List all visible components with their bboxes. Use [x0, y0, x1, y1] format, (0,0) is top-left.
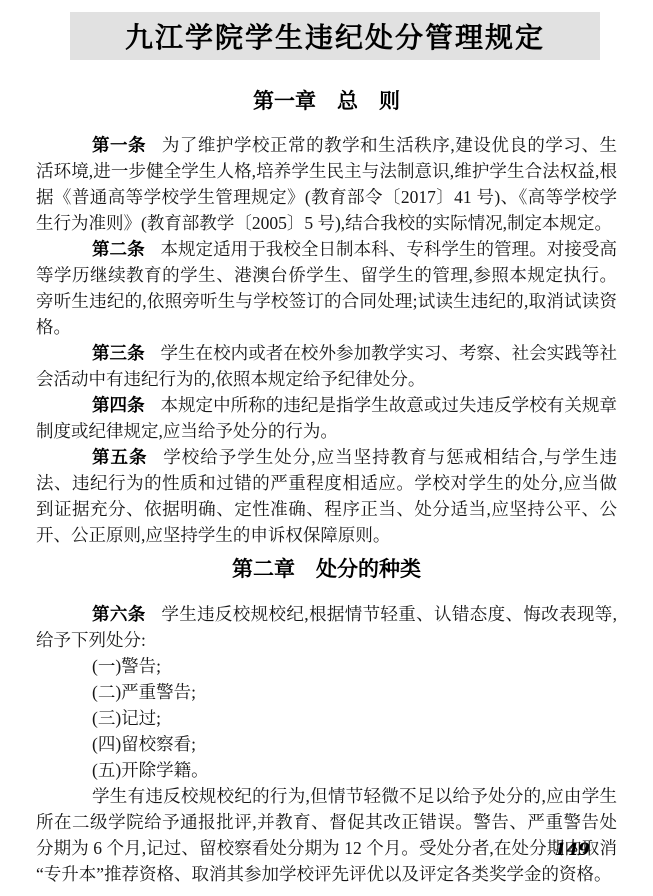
- penalty-item-probation: (四)留校察看;: [36, 731, 617, 757]
- article-1-paragraph: 第一条为了维护学校正常的教学和生活秩序,建设优良的学习、生活环境,进一步健全学生…: [36, 132, 617, 236]
- document-page: 九江学院学生违纪处分管理规定 第一章 总 则 第一条为了维护学校正常的教学和生活…: [0, 0, 653, 896]
- article-4-paragraph: 第四条本规定中所称的违纪是指学生故意或过失违反学校有关规章制度或纪律规定,应当给…: [36, 392, 617, 444]
- penalty-item-expulsion: (五)开除学籍。: [36, 757, 617, 783]
- document-title: 九江学院学生违纪处分管理规定: [125, 16, 545, 56]
- article-6-label: 第六条: [92, 604, 146, 624]
- article-5-label: 第五条: [92, 447, 148, 467]
- article-5-paragraph: 第五条学校给予学生处分,应当坚持教育与惩戒相结合,与学生违法、违纪行为的性质和过…: [36, 444, 617, 548]
- article-4-label: 第四条: [92, 395, 145, 415]
- penalty-item-demerit: (三)记过;: [36, 705, 617, 731]
- chapter-2-heading: 第二章 处分的种类: [36, 556, 617, 584]
- penalty-item-warning: (一)警告;: [36, 653, 617, 679]
- page-number: 149: [555, 840, 591, 860]
- closing-paragraph: 学生有违反校规校纪的行为,但情节轻微不足以给予处分的,应由学生所在二级学院给予通…: [36, 783, 617, 887]
- article-2-paragraph: 第二条本规定适用于我校全日制本科、专科学生的管理。对接受高等学历继续教育的学生、…: [36, 236, 617, 340]
- document-title-banner: 九江学院学生违纪处分管理规定: [70, 12, 600, 60]
- document-content: 第一章 总 则 第一条为了维护学校正常的教学和生活秩序,建设优良的学习、生活环境…: [36, 78, 617, 887]
- article-6-paragraph: 第六条学生违反校规校纪,根据情节轻重、认错态度、悔改表现等,给予下列处分:: [36, 601, 617, 653]
- article-2-label: 第二条: [92, 239, 145, 259]
- penalty-item-serious-warning: (二)严重警告;: [36, 679, 617, 705]
- chapter-1-heading: 第一章 总 则: [36, 88, 617, 116]
- article-3-label: 第三条: [92, 343, 145, 363]
- article-3-paragraph: 第三条学生在校内或者在校外参加教学实习、考察、社会实践等社会活动中有违纪行为的,…: [36, 340, 617, 392]
- penalty-list: (一)警告; (二)严重警告; (三)记过; (四)留校察看; (五)开除学籍。: [36, 653, 617, 783]
- article-1-label: 第一条: [92, 135, 146, 155]
